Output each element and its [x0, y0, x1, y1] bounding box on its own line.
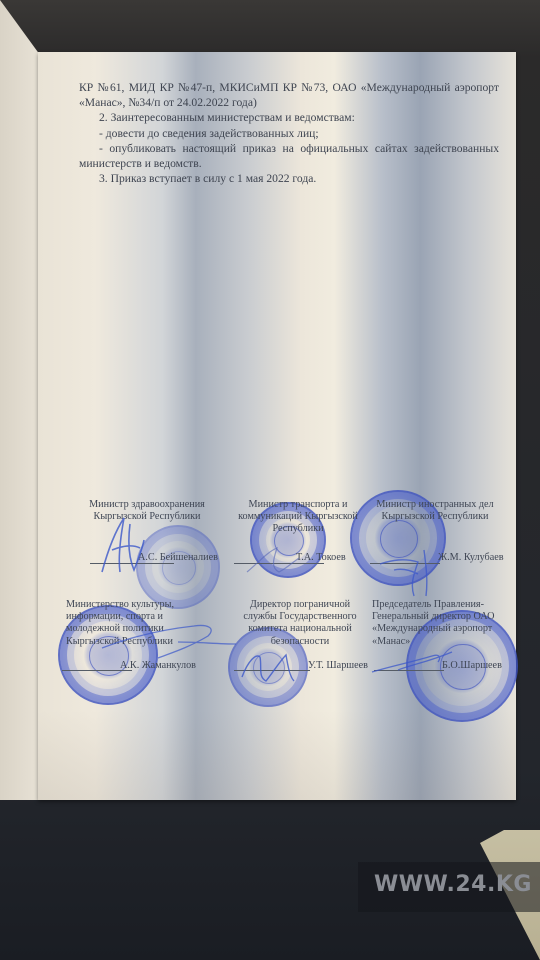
signature-airport	[368, 642, 458, 682]
signatory-title-transport: Министр транспорта и коммуникаций Кыргыз…	[234, 499, 362, 536]
signatory-title-border: Директор пограничной службы Государствен…	[234, 599, 366, 648]
watermark-banner: WWW.24.KG	[358, 862, 540, 912]
document-body: КР №61, МИД КР №47-п, МКИСиМП КР №73, ОА…	[79, 80, 499, 186]
paragraph-item-3: 3. Приказ вступает в силу с 1 мая 2022 г…	[79, 171, 499, 186]
signatory-title-foreign: Министр иностранных дел Кыргызской Респу…	[368, 499, 502, 523]
paragraph-item-2: 2. Заинтересованным министерствам и ведо…	[79, 110, 499, 125]
signatory-name-foreign: Ж.М. Кулубаев	[438, 552, 504, 563]
signature-transport	[243, 542, 303, 582]
adjacent-page-edge	[0, 0, 40, 800]
signature-culture	[98, 618, 238, 668]
paragraph-reference: КР №61, МИД КР №47-п, МКИСиМП КР №73, ОА…	[79, 80, 499, 110]
paragraph-subitem-publish: - опубликовать настоящий приказ на офици…	[79, 141, 499, 171]
paragraph-subitem-inform: - довести до сведения задействованных ли…	[79, 126, 499, 141]
signatory-name-transport: Т.А. Токоев	[296, 552, 346, 563]
signature-health	[94, 510, 154, 580]
signature-foreign	[374, 540, 444, 600]
signatory-name-border: У.Т. Шаршеев	[308, 660, 368, 671]
signatory-title-airport: Председатель Правления-Генеральный дирек…	[372, 599, 506, 648]
watermark-text: WWW.24.KG	[374, 872, 532, 897]
document-page: КР №61, МИД КР №47-п, МКИСиМП КР №73, ОА…	[38, 52, 516, 800]
signature-border	[238, 647, 298, 687]
